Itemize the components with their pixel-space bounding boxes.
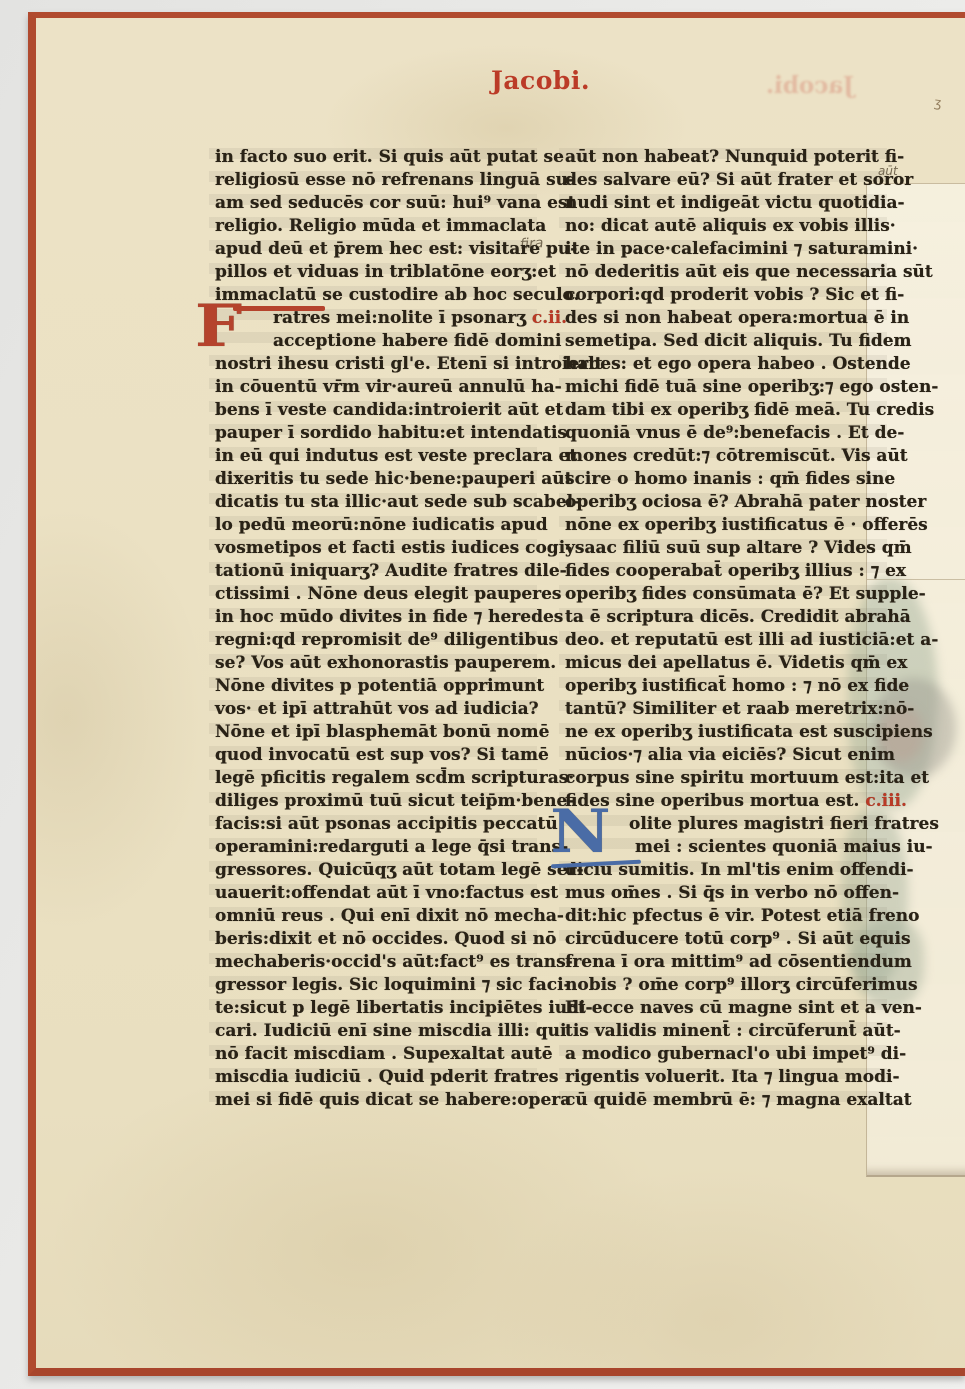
text-line: ta ē scriptura dicēs. Credidit abrahā	[565, 606, 881, 629]
text-line: operibʒ iustificat̄ homo : ⁊ nō ex fide	[565, 675, 881, 698]
text-line: nūcios·⁊ alia via eiciēs? Sicut enim	[565, 744, 881, 767]
text-line: mus om̄es . Si q̄s in verbo nō offen-	[565, 882, 881, 905]
text-line: omniū reus . Qui enī dixit nō mecha-	[215, 905, 531, 928]
text-line: uauerit:offendat aūt ī vno:factus est	[215, 882, 531, 905]
text-line: nobis ? om̄e corp⁹ illorʒ circūferimus	[565, 974, 881, 997]
chapter-mark: c.iii.	[865, 791, 907, 811]
text-line: ne ex operibʒ iustificata est suscipiens	[565, 721, 881, 744]
text-line: quod invocatū est sup vos? Si tamē	[215, 744, 531, 767]
text-line: apud deū et p̄rem hec est: visitare pu-	[215, 238, 531, 261]
text-line: acceptione habere fidē domini	[215, 330, 531, 353]
text-line: cū quidē membrū ē: ⁊ magna exaltat	[565, 1089, 881, 1112]
text-line: in facto suo erit. Si quis aūt putat se	[215, 146, 531, 169]
text-line: mei si fidē quis dicat se habere:opera	[215, 1089, 531, 1112]
text-line: religiosū esse nō refrenans linguā su-	[215, 169, 531, 192]
text-line: cari. Iudiciū enī sine miscdia illi: qui	[215, 1020, 531, 1043]
text-line: quoniā vnus ē de⁹:benefacis . Et de-	[565, 422, 881, 445]
text-line: circūducere totū corp⁹ . Si aūt equis	[565, 928, 881, 951]
chapter-mark: c.ii.	[532, 308, 567, 328]
text-line: bens ī veste candida:introierit aūt et	[215, 399, 531, 422]
text-line: tis validis minent̄ : circūferunt̄ aūt-	[565, 1020, 881, 1043]
text-line: habes: et ego opera habeo . Ostende	[565, 353, 881, 376]
manuscript-page: Jacobi. Jacobi. ʒ ´ fira " aūt F in fact…	[28, 12, 965, 1376]
text-line: miscdia iudiciū . Quid pderit fratres	[215, 1066, 531, 1089]
text-line: legē pficitis regalem scd̄m scripturas·	[215, 767, 531, 790]
text-line: nostri ihesu cristi gl'e. Etenī si intro…	[215, 353, 531, 376]
text-line: no: dicat autē aliquis ex vobis illis·	[565, 215, 881, 238]
text-line: michi fidē tuā sine operibʒ:⁊ ego osten-	[565, 376, 881, 399]
text-line: operamini:redarguti a lege q̄si trans-	[215, 836, 531, 859]
text-column-right: N aūt non habeat? Nunquid poterit fi-des…	[565, 146, 881, 1112]
ink-mark: ʒ	[933, 96, 943, 112]
text-line: mones credūt:⁊ cōtremiscūt. Vis aūt	[565, 445, 881, 468]
text-line: dixeritis tu sede hic·bene:pauperi aūt	[215, 468, 531, 491]
text-line: in cōuentū vr̄m vir·aureū annulū ha-	[215, 376, 531, 399]
text-line: pauper ī sordido habitu:et intendatis	[215, 422, 531, 445]
text-line: dam tibi ex operibʒ fidē meā. Tu credis	[565, 399, 881, 422]
text-column-left: F in facto suo erit. Si quis aūt putat s…	[215, 146, 531, 1112]
text-line: fides cooperabat̄ operibʒ illius : ⁊ ex	[565, 560, 881, 583]
text-line: a modico gubernacl'o ubi impet⁹ di-	[565, 1043, 881, 1066]
text-line: vos· et ipī attrahūt vos ad iudicia?	[215, 698, 531, 721]
text-line: dit:hic pfectus ē vir. Potest etiā freno	[565, 905, 881, 928]
text-line: tationū iniquarʒ? Audite fratres dile-	[215, 560, 531, 583]
text-line: gressor legis. Sic loquimini ⁊ sic faci-	[215, 974, 531, 997]
text-line: religio. Religio mūda et immaclata	[215, 215, 531, 238]
text-line: scire o homo inanis : qm̄ fides sine	[565, 468, 881, 491]
text-line: operibʒ ociosa ē? Abrahā pater noster	[565, 491, 881, 514]
text-line: mechaberis·occid's aūt:fact⁹ es trans-	[215, 951, 531, 974]
text-line: Nōne et ipī blasphemāt bonū nomē	[215, 721, 531, 744]
text-line: nudi sint et indigeāt victu quotidia-	[565, 192, 881, 215]
drop-cap-N: N	[550, 806, 610, 858]
text-line: lo pedū meorū:nōne iudicatis apud	[215, 514, 531, 537]
text-line: Et ecce naves cū magne sint et a ven-	[565, 997, 881, 1020]
text-line: ysaac filiū suū sup altare ? Vides qm̄	[565, 537, 881, 560]
text-line: ite in pace·calefacimini ⁊ saturamini·	[565, 238, 881, 261]
text-line: beris:dixit et nō occides. Quod si nō	[215, 928, 531, 951]
text-line: diliges proximū tuū sicut teip̄m·bene-	[215, 790, 531, 813]
text-line: deo. et reputatū est illi ad iusticiā:et…	[565, 629, 881, 652]
text-line: ctissimi . Nōne deus elegit pauperes	[215, 583, 531, 606]
drop-cap-flourish	[233, 306, 325, 311]
text-line: fides sine operibus mortua est. c.iii.	[565, 790, 881, 813]
text-line: olite plures magistri fieri fratres	[565, 813, 881, 836]
text-line: operibʒ fides consūmata ē? Et supple-	[565, 583, 881, 606]
text-line: corpus sine spiritu mortuum est:ita et	[565, 767, 881, 790]
text-line: semetipa. Sed dicit aliquis. Tu fidem	[565, 330, 881, 353]
text-line: rigentis voluerit. Ita ⁊ lingua modi-	[565, 1066, 881, 1089]
text-line: se? Vos aūt exhonorastis pauperem.	[215, 652, 531, 675]
text-line: aūt non habeat? Nunquid poterit fi-	[565, 146, 881, 169]
text-line: des salvare eū? Si aūt frater et soror	[565, 169, 881, 192]
text-line: am sed seducēs cor suū: hui⁹ vana est	[215, 192, 531, 215]
text-line: mei : scientes quoniā maius iu-	[565, 836, 881, 859]
text-line: Nōne divites p potentiā opprimunt	[215, 675, 531, 698]
text-line: immaclatū se custodire ab hoc seculo.	[215, 284, 531, 307]
verso-header-showthrough: Jacobi.	[684, 72, 854, 99]
text-line: dicatis tu sta illic·aut sede sub scabel…	[215, 491, 531, 514]
text-line: vosmetipos et facti estis iudices cogi-	[215, 537, 531, 560]
text-line: pillos et viduas in triblatōne eorʒ:et	[215, 261, 531, 284]
text-line: tantū? Similiter et raab meretrix:nō-	[565, 698, 881, 721]
text-line: facis:si aūt psonas accipitis peccatū	[215, 813, 531, 836]
text-line: nōne ex operibʒ iustificatus ē · offerēs	[565, 514, 881, 537]
text-line: nō dederitis aūt eis que necessaria sūt	[565, 261, 881, 284]
text-line: regni:qd repromisit de⁹ diligentibus	[215, 629, 531, 652]
text-line: gressores. Quicūqʒ aūt totam legē ser-	[215, 859, 531, 882]
text-line: in eū qui indutus est veste preclara et	[215, 445, 531, 468]
text-line: te:sicut p legē libertatis incipiētes iu…	[215, 997, 531, 1020]
text-line: nō facit miscdiam . Supexaltat autē	[215, 1043, 531, 1066]
text-line: des si non habeat opera:mortua ē in	[565, 307, 881, 330]
running-header: Jacobi.	[491, 66, 621, 95]
text-line: in hoc mūdo divites in fide ⁊ heredes	[215, 606, 531, 629]
text-line: micus dei apellatus ē. Videtis qm̄ ex	[565, 652, 881, 675]
text-line: frena ī ora mittim⁹ ad cōsentiendum	[565, 951, 881, 974]
text-line: corpori:qd proderit vobis ? Sic et fi-	[565, 284, 881, 307]
